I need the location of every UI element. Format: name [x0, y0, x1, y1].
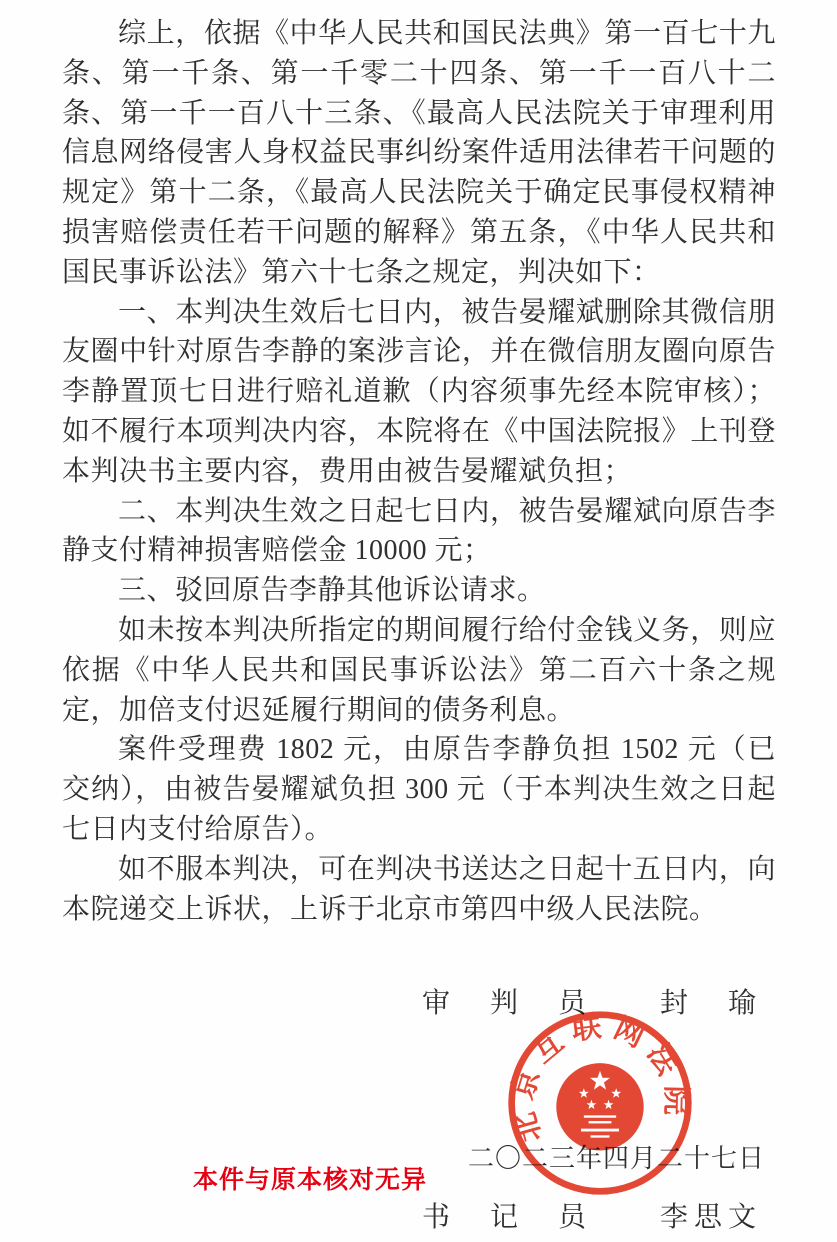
seal-court-name: 北京互联网法院 [505, 1009, 693, 1146]
paragraph-judgment-item-2: 二、本判决生效之日起七日内，被告晏耀斌向原告李静支付精神损害赔偿金 10000 … [62, 492, 776, 572]
paragraph-interest-clause: 如未按本判决所指定的期间履行给付金钱义务，则应依据《中华人民共和国民事诉讼法》第… [62, 611, 776, 730]
paragraph-judgment-item-1: 一、本判决生效后七日内，被告晏耀斌删除其微信朋友圈中针对原告李静的案涉言论，并在… [62, 293, 776, 492]
clerk-signature-line: 书 记 员 李思文 [422, 1195, 762, 1235]
verification-stamp-text: 本件与原本核对无异 [193, 1160, 427, 1196]
judgment-date: 二〇二三年四月二十七日 [468, 1138, 765, 1175]
svg-text:北京互联网法院: 北京互联网法院 [505, 1009, 693, 1146]
paragraph-judgment-item-3: 三、驳回原告李静其他诉讼请求。 [62, 571, 776, 611]
judgment-body: 综上，依据《中华人民共和国民法典》第一百七十九条、第一千条、第一千零二十四条、第… [62, 14, 776, 929]
paragraph-legal-basis: 综上，依据《中华人民共和国民法典》第一百七十九条、第一千条、第一千零二十四条、第… [62, 14, 776, 293]
judgment-page: 综上，依据《中华人民共和国民法典》第一百七十九条、第一千条、第一千零二十四条、第… [0, 0, 837, 1242]
judge-signature-line: 审 判 员 封 瑜 [422, 981, 762, 1021]
paragraph-court-fees: 案件受理费 1802 元，由原告李静负担 1502 元（已交纳），由被告晏耀斌负… [62, 730, 776, 849]
paragraph-appeal-notice: 如不服本判决，可在判决书送达之日起十五日内，向本院递交上诉状，上诉于北京市第四中… [62, 850, 776, 930]
